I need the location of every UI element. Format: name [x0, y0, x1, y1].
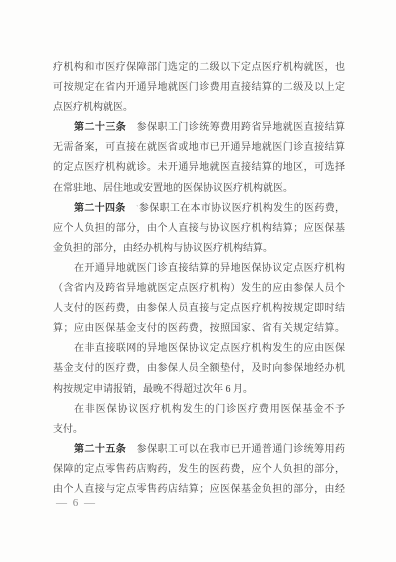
document-page: 疗机构和市医疗保障部门选定的二级以下定点医疗机构就医，也可按规定在省内开通异地就…: [0, 0, 396, 562]
text-line-18: 在非医保协议医疗机构发生的门诊医疗费用医保基金不予: [53, 400, 345, 420]
article-number: 第二十三条: [74, 122, 126, 133]
text-segment: 由个人直接与定点零售药店结算；应医保基金负担的部分，由经: [53, 484, 345, 495]
text-line-7: 在常驻地、居住地或安置地的医保协议医疗机构就医。: [53, 179, 345, 199]
text-segment: 疗机构和市医疗保障部门选定的二级以下定点医疗机构就医，也: [53, 62, 345, 73]
text-line-12: （含省内及跨省异地就医定点医疗机构）发生的应由参保人员个: [53, 279, 345, 299]
text-segment: 的定点医疗机构就诊。未开通异地就医直接结算的地区，可选择: [53, 162, 345, 173]
text-line-1: 疗机构和市医疗保障部门选定的二级以下定点医疗机构就医，也: [53, 58, 345, 78]
text-segment: 参保职工在本市协议医疗机构发生的医药费，: [139, 203, 345, 214]
text-line-13: 人支付的医药费，由参保人员直接与定点医疗机构按规定即时结: [53, 299, 345, 319]
text-line-14: 算；应由医保基金支付的医药费，按照国家、省有关规定结算。: [53, 319, 345, 339]
text-segment: 点医疗机构就医。: [53, 102, 133, 113]
text-segment: 基金支付的医疗费，由参保人员全额垫付，及时向参保地经办机: [53, 363, 345, 374]
document-body: 疗机构和市医疗保障部门选定的二级以下定点医疗机构就医，也可按规定在省内开通异地就…: [53, 58, 345, 500]
text-segment: 算；应由医保基金支付的医药费，按照国家、省有关规定结算。: [53, 323, 345, 334]
text-line-2: 可按规定在省内开通异地就医门诊费用直接结算的二级及以上定: [53, 78, 345, 98]
text-line-11: 在开通异地就医门诊直接结算的异地医保协议定点医疗机构: [53, 259, 345, 279]
text-segment: 无需备案，可直接在就医省或地市已开通异地就医门诊直接结算: [53, 142, 345, 153]
text-segment: 参保职工门诊统筹费用跨省异地就医直接结算: [126, 122, 345, 133]
text-segment: 构按规定申请报销，最晚不得超过次年 6 月。: [53, 384, 253, 395]
text-segment: 在非直接联网的异地医保协议定点医疗机构发生的应由医保: [74, 343, 345, 354]
text-line-3: 点医疗机构就医。: [53, 98, 345, 118]
text-line-9: 应个人负担的部分，由个人直接与协议医疗机构结算；应医保基: [53, 219, 345, 239]
text-line-8: 第二十四条 `参保职工在本市协议医疗机构发生的医药费，: [53, 199, 345, 219]
text-segment: 支付。: [53, 424, 83, 435]
text-segment: 参保职工可以在我市已开通普通门诊统筹用药: [126, 444, 345, 455]
text-segment: 在常驻地、居住地或安置地的医保协议医疗机构就医。: [53, 183, 293, 194]
text-segment: 保障的定点零售药店购药，发生的医药费，应个人负担的部分，: [53, 464, 345, 475]
text-line-16: 基金支付的医疗费，由参保人员全额垫付，及时向参保地经办机: [53, 359, 345, 379]
article-number: 第二十四条: [74, 203, 126, 214]
text-segment: 人支付的医药费，由参保人员直接与定点医疗机构按规定即时结: [53, 303, 345, 314]
text-line-6: 的定点医疗机构就诊。未开通异地就医直接结算的地区，可选择: [53, 158, 345, 178]
text-line-20: 第二十五条 参保职工可以在我市已开通普通门诊统筹用药: [53, 440, 345, 460]
text-line-5: 无需备案，可直接在就医省或地市已开通异地就医门诊直接结算: [53, 138, 345, 158]
text-segment: 在开通异地就医门诊直接结算的异地医保协议定点医疗机构: [74, 263, 345, 274]
text-line-21: 保障的定点零售药店购药，发生的医药费，应个人负担的部分，: [53, 460, 345, 480]
text-line-15: 在非直接联网的异地医保协议定点医疗机构发生的应由医保: [53, 339, 345, 359]
text-segment: 应个人负担的部分，由个人直接与协议医疗机构结算；应医保基: [53, 223, 345, 234]
text-segment: [126, 203, 136, 214]
text-line-10: 金负担的部分，由经办机构与协议医疗机构结算。: [53, 239, 345, 259]
page-number: — 6 —: [56, 496, 97, 510]
text-segment: 在非医保协议医疗机构发生的门诊医疗费用医保基金不予: [74, 404, 345, 415]
text-segment: 可按规定在省内开通异地就医门诊费用直接结算的二级及以上定: [53, 82, 345, 93]
text-line-19: 支付。: [53, 420, 345, 440]
text-line-17: 构按规定申请报销，最晚不得超过次年 6 月。: [53, 380, 345, 400]
article-number: 第二十五条: [74, 444, 126, 455]
text-segment: 金负担的部分，由经办机构与协议医疗机构结算。: [53, 243, 273, 254]
text-line-4: 第二十三条 参保职工门诊统筹费用跨省异地就医直接结算: [53, 118, 345, 138]
text-segment: （含省内及跨省异地就医定点医疗机构）发生的应由参保人员个: [53, 283, 345, 294]
